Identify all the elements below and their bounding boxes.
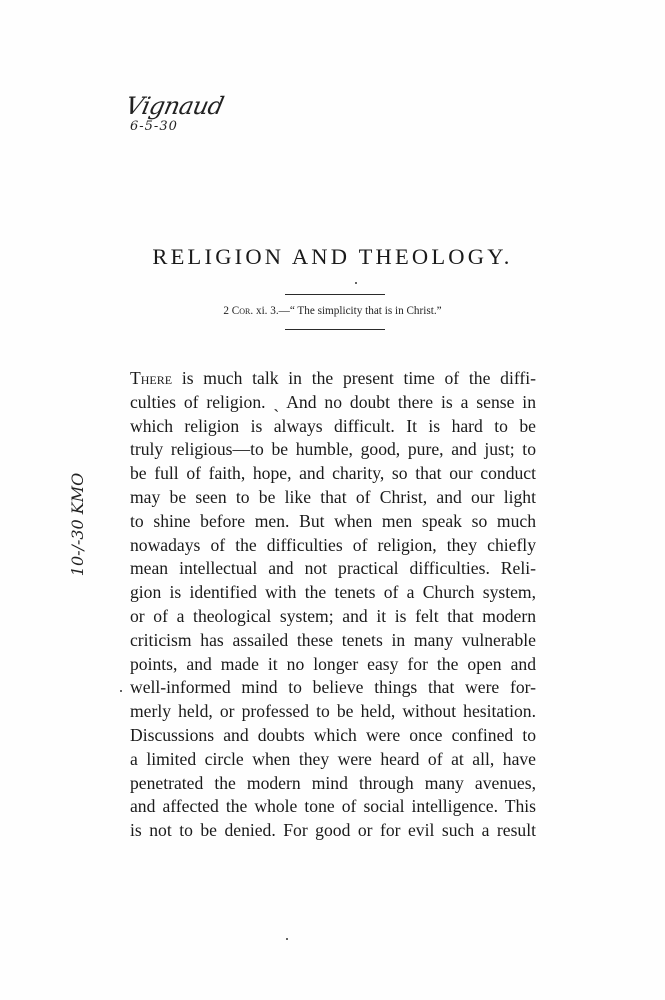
- epigraph-reference-rest: xi. 3.—: [253, 305, 290, 317]
- body-line: may be seen to be like that of Christ, a…: [130, 486, 536, 510]
- body-line: be full of faith, hope, and charity, so …: [130, 462, 536, 486]
- body-line: a limited circle when they were heard of…: [130, 748, 536, 772]
- handwritten-side-annotation: 10-/-30 KMO: [56, 470, 106, 590]
- body-line: culties of religion. ˎ And no doubt ther…: [130, 391, 536, 415]
- title-rule-top: [285, 294, 385, 295]
- speck-mark: [355, 282, 357, 284]
- opening-word: There: [130, 368, 172, 388]
- epigraph-reference-book: Cor.: [232, 305, 253, 317]
- article-title: RELIGION AND THEOLOGY.: [0, 244, 665, 270]
- handwritten-date-annotation: 6-5-30: [130, 119, 178, 134]
- body-line: and affected the whole tone of social in…: [130, 795, 536, 819]
- side-annotation-text: 10-/-30 KMO: [68, 473, 87, 576]
- epigraph-rule-bottom: [285, 329, 385, 330]
- body-line: merly held, or professed to be held, wit…: [130, 700, 536, 724]
- speck-mark: [286, 938, 288, 940]
- handwritten-name-annotation: Vignaud: [123, 92, 226, 120]
- body-line: to shine before men. But when men speak …: [130, 510, 536, 534]
- body-line: is not to be denied. For good or for evi…: [130, 819, 536, 843]
- body-line: nowadays of the difficulties of religion…: [130, 534, 536, 558]
- body-line: which religion is always difficult. It i…: [130, 415, 536, 439]
- epigraph-quote: “ The simplicity that is in Christ.”: [290, 305, 442, 317]
- body-line: criticism has assailed these tenets in m…: [130, 629, 536, 653]
- body-line: well-informed mind to believe things tha…: [130, 676, 536, 700]
- epigraph-reference-prefix: 2: [223, 305, 231, 317]
- document-page: Vignaud 6-5-30 10-/-30 KMO RELIGION AND …: [0, 0, 665, 1000]
- body-line: mean intellectual and not practical diff…: [130, 557, 536, 581]
- body-line: There is much talk in the present time o…: [130, 367, 536, 391]
- body-line-text: is much talk in the present time of the …: [172, 368, 536, 388]
- body-line: Discussions and doubts which were once c…: [130, 724, 536, 748]
- body-line: truly religious—to be humble, good, pure…: [130, 438, 536, 462]
- speck-mark: [120, 690, 122, 692]
- epigraph: 2 Cor. xi. 3.—“ The simplicity that is i…: [0, 305, 665, 317]
- body-line: points, and made it no longer easy for t…: [130, 653, 536, 677]
- article-body: There is much talk in the present time o…: [130, 367, 536, 843]
- body-line: or of a theological system; and it is fe…: [130, 605, 536, 629]
- body-line: gion is identified with the tenets of a …: [130, 581, 536, 605]
- body-line: penetrated the modern mind through many …: [130, 772, 536, 796]
